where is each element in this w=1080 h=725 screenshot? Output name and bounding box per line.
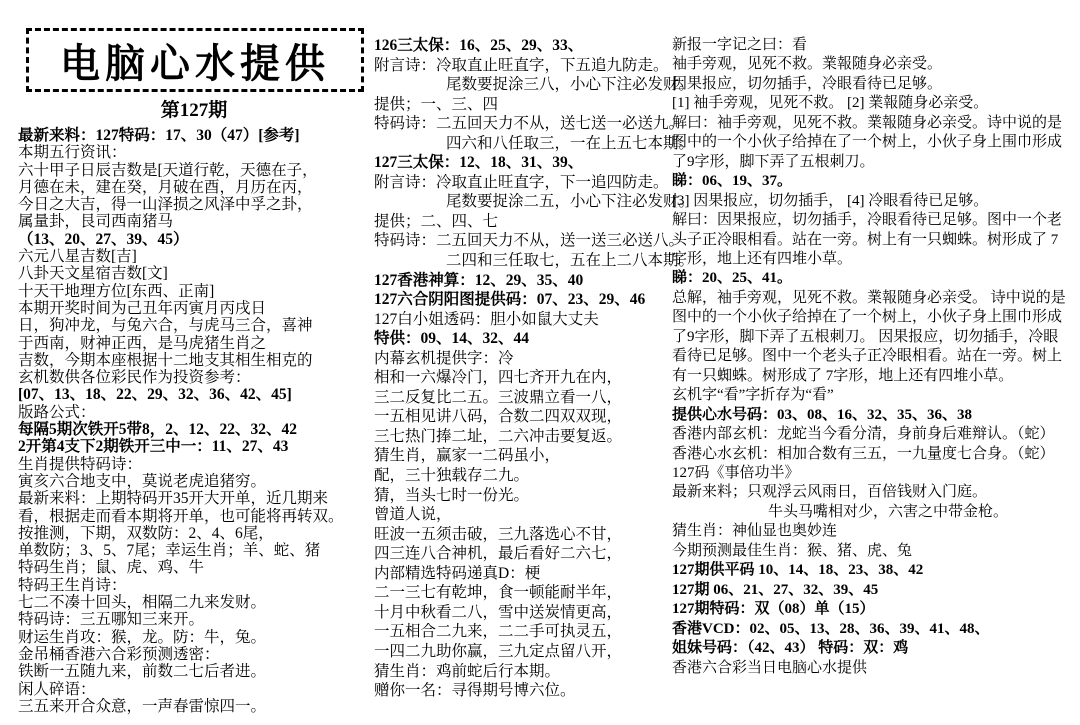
text-line: 127香港神算：12、29、35、40 <box>374 271 672 291</box>
text-line: [3] 因果报应，切勿插手， [4] 冷眼看待已足够。 <box>672 192 1078 211</box>
text-line: 解曰：袖手旁观，见死不救。業報随身必亲受。诗中说的是 <box>672 114 1078 133</box>
text-line: 2开第4支下2期铁开三中一：11、27、43 <box>18 438 370 455</box>
text-line: 解曰：因果报应，切勿插手，冷眼看待已足够。图中一个老 <box>672 211 1078 230</box>
column-middle: 126三太保：16、25、29、33、附言诗：冷取直止旺直字，下五追九防走。尾数… <box>374 36 672 701</box>
text-line: 香港心水玄机：相加合数有三五，一九量度七合身。（蛇） <box>672 445 1078 464</box>
lottery-tip-sheet: 电脑心水提供 第127期 最新来料：127特码：17、30（47）[参考]本期五… <box>0 0 1080 725</box>
text-line: 猜生肖：鸡前蛇后行本期。 <box>374 662 672 682</box>
text-line: 总解，袖手旁观，见死不救。業報随身必亲受。 诗中说的是 <box>672 289 1078 308</box>
text-line: 内幕玄机提供字：冷 <box>374 349 672 369</box>
text-line: 单数防；3、5、7尾；幸运生肖；羊、蛇、猪 <box>18 542 370 559</box>
text-line: 猜，当头七时一份光。 <box>374 486 672 506</box>
text-line: 尾数要捉涂三八，小心下注必发财。 <box>374 75 672 95</box>
text-line: 内部精选特码递真D：梗 <box>374 564 672 584</box>
text-line: 赠你一名：寻得期号博六位。 <box>374 681 672 701</box>
text-line: 香港内部玄机：龙蛇当今看分清，身前身后难辩认。（蛇） <box>672 425 1078 444</box>
text-line: 尾数要捉涂二五，小心下注必发财。 <box>374 192 672 212</box>
text-line: 曾道人说， <box>374 505 672 525</box>
text-line: 了9字形，脚下弄了五根刺刀。 <box>672 153 1078 172</box>
text-line: 127期 06、21、27、32、39、45 <box>672 581 1078 600</box>
text-line: 配，三十独载存二九。 <box>374 466 672 486</box>
text-line: 特供：09、14、32、44 <box>374 329 672 349</box>
text-line: 一四二九助你赢，三九定点留八开， <box>374 642 672 662</box>
text-line: 看，根据走而看本期将开单，也可能将再转双。 <box>18 508 370 525</box>
text-line: 特码诗：二五回天力不从，送一送三必送八。 <box>374 231 672 251</box>
text-line: 最新来料：上期特码开35开大开单，近几期来 <box>18 490 370 507</box>
text-line: 六十甲子日辰吉数是[天道行乾，天德在子， <box>18 162 370 179</box>
text-line: 提供；二、四、七 <box>374 212 672 232</box>
text-line: 属量卦，艮司西南猪马 <box>18 213 370 230</box>
text-line: 四六和八任取三，一在上五七本期。 <box>374 134 672 154</box>
text-line: 126三太保：16、25、29、33、 <box>374 36 672 56</box>
text-line: 三五来开合众意，一声春雷惊四一。 <box>18 698 370 715</box>
text-line: 十月中秋看二八，雪中送炭情更高， <box>374 603 672 623</box>
text-line: [1] 袖手旁观，见死不救。 [2] 業報随身必亲受。 <box>672 94 1078 113</box>
text-line: 今期预测最佳生肖：猴、猪、虎、兔 <box>672 542 1078 561</box>
text-line: 日，狗冲龙，与兔六合，与虎马三合，喜神 <box>18 317 370 334</box>
text-line: 127六合阴阳图提供码：07、23、29、46 <box>374 290 672 310</box>
text-line: 附言诗：冷取直止旺直字，下一追四防走。 <box>374 173 672 193</box>
text-line: 生肖提供特码诗： <box>18 456 370 473</box>
text-line: 一五相合二九来，二二手可执灵五， <box>374 622 672 642</box>
text-line: 月德在未，建在癸，月破在酉，月历在丙， <box>18 179 370 196</box>
text-line: 了9字形，脚下弄了五根刺刀。 因果报应，切勿插手，冷眼 <box>672 328 1078 347</box>
text-line: 提供；一、三、四 <box>374 95 672 115</box>
text-line: 看待已足够。图中一个老头子正冷眼相看。站在一旁。树上 <box>672 347 1078 366</box>
text-line: 相和一六爆冷门，四七齐开九在内， <box>374 368 672 388</box>
text-line: 最新来料：127特码：17、30（47）[参考] <box>18 127 370 144</box>
text-line: 香港六合彩当日电脑心水提供 <box>672 659 1078 678</box>
text-line: 闲人碎语： <box>18 681 370 698</box>
text-line: 睇：06、19、37。 <box>672 172 1078 191</box>
text-line: 七二不凑十回头，相隔二九来发财。 <box>18 594 370 611</box>
text-line: 本期开奖时间为己丑年丙寅月丙戌日 <box>18 300 370 317</box>
text-line: 六元八星吉数[吉] <box>18 248 370 265</box>
text-line: 127码《事倍功半》 <box>672 464 1078 483</box>
text-line: 吉数，今期本座根据十二地支其相生相克的 <box>18 352 370 369</box>
text-line: 牛头马嘴相对少，六害之中带金枪。 <box>672 503 1078 522</box>
text-line: 按推测，下期，双数防：2、4、6尾， <box>18 525 370 542</box>
issue-number: 第127期 <box>18 95 370 122</box>
text-line: 特码诗：三五哪知三来开。 <box>18 611 370 628</box>
text-line: 三二反复比二五。三波鼎立看一八， <box>374 388 672 408</box>
text-line: 姐妹号码：（42、43） 特码：双：鸡 <box>672 639 1078 658</box>
text-line: 十天干地理方位[东西、正南] <box>18 283 370 300</box>
text-line: 提供心水号码：03、08、16、32、35、36、38 <box>672 406 1078 425</box>
text-line: 二一三七有乾坤，食一顿能耐半年， <box>374 583 672 603</box>
left-column-text: 最新来料：127特码：17、30（47）[参考]本期五行资讯：六十甲子日辰吉数是… <box>18 127 370 715</box>
masthead-box: 电脑心水提供 <box>26 28 364 92</box>
text-line: 头子正冷眼相看。站在一旁。树上有一只蜘蛛。树形成了 7 <box>672 231 1078 250</box>
text-line: （13、20、27、39、45） <box>18 231 370 248</box>
text-line: 有一只蜘蛛。树形成了 7字形，地上还有四堆小草。 <box>672 367 1078 386</box>
text-line: 今日之大吉，得一山泽损之风泽中孚之卦， <box>18 196 370 213</box>
text-line: 字形，地上还有四堆小草。 <box>672 250 1078 269</box>
text-line: 于西南，财神正西，是马虎猪生肖之 <box>18 335 370 352</box>
text-line: 财运生肖攻：猴，龙。防：牛，兔。 <box>18 629 370 646</box>
text-line: 每隔5期次铁开5带8，2、12、22、32、42 <box>18 421 370 438</box>
page-title: 电脑心水提供 <box>60 32 330 89</box>
text-line: 最新来料；只观浮云风雨日，百倍钱财入门庭。 <box>672 483 1078 502</box>
column-right: 新报一字记之曰：看袖手旁观，见死不救。業報随身必亲受。因果报应，切勿插手，冷眼看… <box>672 36 1078 678</box>
text-line: 袖手旁观，见死不救。業報随身必亲受。 <box>672 55 1078 74</box>
text-line: 特码王生肖诗： <box>18 577 370 594</box>
text-line: 猜生肖，赢家一二码虽小， <box>374 446 672 466</box>
text-line: 二四和三任取七，五在上二八本期。 <box>374 251 672 271</box>
text-line: 127期供平码 10、14、18、23、38、42 <box>672 561 1078 580</box>
text-line: 八卦天文星宿吉数[文] <box>18 265 370 282</box>
text-line: 本期五行资讯： <box>18 144 370 161</box>
text-line: 铁断一五随九来，前数二七后者进。 <box>18 663 370 680</box>
text-line: 因果报应，切勿插手，冷眼看待已足够。 <box>672 75 1078 94</box>
text-line: 127三太保：12、18、31、39、 <box>374 153 672 173</box>
text-line: 127白小姐透码：胆小如鼠大丈夫 <box>374 310 672 330</box>
text-line: 特码生肖；鼠、虎、鸡、牛 <box>18 559 370 576</box>
text-line: 图中的一个小伙子给掉在了一个树上，小伙子身上围巾形成 <box>672 308 1078 327</box>
text-line: 猜生肖：神仙显也奥妙连 <box>672 522 1078 541</box>
text-line: 附言诗：冷取直止旺直字，下五追九防走。 <box>374 56 672 76</box>
text-line: 四三连八合神机，最后看好二六七， <box>374 544 672 564</box>
text-line: 版路公式： <box>18 404 370 421</box>
text-line: 一五相见讲八码，合数二四双双现， <box>374 407 672 427</box>
text-line: 127期特码：双（08）单（15） <box>672 600 1078 619</box>
text-line: 图中的一个小伙子给掉在了一个树上，小伙子身上围巾形成 <box>672 133 1078 152</box>
text-line: 玄机字“看”字折存为“看” <box>672 386 1078 405</box>
text-line: 特码诗：二五回天力不从，送七送一必送九。 <box>374 114 672 134</box>
text-line: 三七热门捧二址，二六冲击要复返。 <box>374 427 672 447</box>
column-left: 电脑心水提供 第127期 最新来料：127特码：17、30（47）[参考]本期五… <box>18 26 370 715</box>
text-line: 旺波一五须击破，三九落选心不甘， <box>374 525 672 545</box>
text-line: 香港VCD：02、05、13、28、36、39、41、48、 <box>672 620 1078 639</box>
text-line: 新报一字记之曰：看 <box>672 36 1078 55</box>
text-line: 睇：20、25、41。 <box>672 269 1078 288</box>
text-line: [07、13、18、22、29、32、36、42、45] <box>18 386 370 403</box>
text-line: 金吊桶香港六合彩预测透密： <box>18 646 370 663</box>
text-line: 寅亥六合地支中，莫说老虎追猪穷。 <box>18 473 370 490</box>
text-line: 玄机数供各位彩民作为投资参考： <box>18 369 370 386</box>
